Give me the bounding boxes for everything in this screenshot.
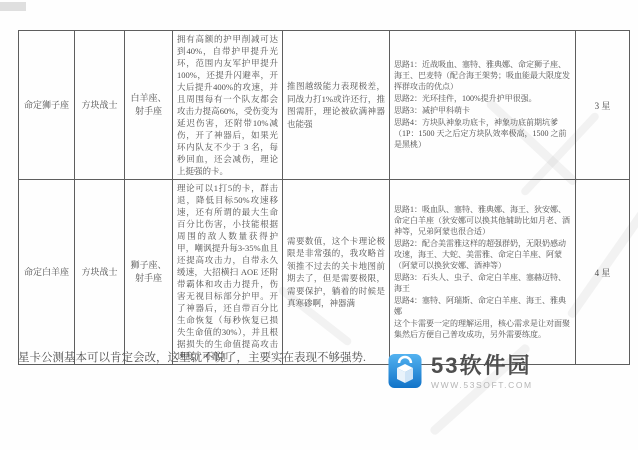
card-class-cell: 方块战士	[75, 31, 125, 180]
card-rating-cell: 3 星	[576, 31, 630, 180]
card-rating-table: 命定狮子座 方块战士 白羊座、射手座 拥有高额的护甲削减可达到40%，自带护甲提…	[18, 30, 630, 365]
table-row-leo: 命定狮子座 方块战士 白羊座、射手座 拥有高额的护甲削减可达到40%，自带护甲提…	[19, 31, 630, 180]
idea-line: 思路2：配合美雷雅这样的超强群奶，无限奶感动攻速，海王、大蛇、美雷雅、命定白羊座…	[394, 238, 571, 271]
card-partner-cell: 白羊座、射手座	[125, 31, 173, 180]
idea-line: 思路4：方块队神象功底卡，神象功底前期坑爹（1P：1500 天之后定方块队效率极…	[394, 117, 571, 150]
card-comment-cell: 推图越级能力表现极差，同战力打1%或许还行，推图需肝，理论被砍满神器也能强	[283, 31, 390, 180]
card-ideas-cell: 思路1：吸血队、塞特、雅典娜、海王、狄安娜、命定白羊座（狄安娜可以换其他辅助比如…	[390, 180, 576, 365]
idea-line: 这个卡需要一定的理解运用，核心需求是让对面聚集然后方便自己普攻成功，另外需要练度…	[394, 318, 571, 340]
card-description-cell: 拥有高额的护甲削减可达到40%，自带护甲提升光环，范围内友军护甲提升 100%，…	[173, 31, 283, 180]
card-class-cell: 方块战士	[75, 180, 125, 365]
cropped-cell-fragment	[0, 2, 26, 11]
table-row-aries: 命定白羊座 方块战士 狮子座、射手座 理论可以1打5的卡，群击退，降低目标50%…	[19, 180, 630, 365]
card-comment-cell: 需要数值，这个卡理论极限是非常强的，我攻略首领推不过去的关卡地图前期去了，但是需…	[283, 180, 390, 365]
idea-line: 思路1：近战吸血、塞特、雅典娜、命定狮子座、海王、巴麦特（配合海王架势；吸血能最…	[394, 59, 571, 92]
card-partner-cell: 狮子座、射手座	[125, 180, 173, 365]
card-rating-cell: 4 星	[576, 180, 630, 365]
53soft-cube-icon	[388, 351, 422, 389]
card-description-cell: 理论可以1打5的卡，群击退，降低目标50%攻速移速，还有所谓的最大生命百分比伤害…	[173, 180, 283, 365]
idea-line: 思路3：石头人、虫子、命定白羊座、塞赫迈特、海王	[394, 272, 571, 294]
document-page: 命定狮子座 方块战士 白羊座、射手座 拥有高额的护甲削减可达到40%，自带护甲提…	[0, 0, 638, 450]
site-url: WWW.53SOFT.COM	[431, 380, 533, 390]
card-name-cell: 命定白羊座	[19, 180, 75, 365]
logo-text-block: 53软件园 WWW.53SOFT.COM	[431, 351, 533, 390]
card-ideas-cell: 思路1：近战吸血、塞特、雅典娜、命定狮子座、海王、巴麦特（配合海王架势；吸血能最…	[390, 31, 576, 180]
card-rating-table-wrap: 命定狮子座 方块战士 白羊座、射手座 拥有高额的护甲削减可达到40%，自带护甲提…	[18, 30, 630, 365]
idea-line: 思路4：塞特、阿瑞斯、命定白羊座、海王、雅典娜	[394, 295, 571, 317]
bottom-note: 星卡公测基本可以肯定会改，这里就不说了，主要实在表现不够强势.	[18, 351, 378, 366]
idea-line: 思路3：减护甲科萌卡	[394, 105, 571, 116]
card-name-cell: 命定狮子座	[19, 31, 75, 180]
site-name: 53软件园	[431, 355, 533, 377]
site-logo: 53软件园 WWW.53SOFT.COM	[388, 351, 533, 390]
idea-line: 思路1：吸血队、塞特、雅典娜、海王、狄安娜、命定白羊座（狄安娜可以换其他辅助比如…	[394, 204, 571, 237]
idea-line: 思路2：光环挂件，100%提升护甲很强。	[394, 93, 571, 104]
